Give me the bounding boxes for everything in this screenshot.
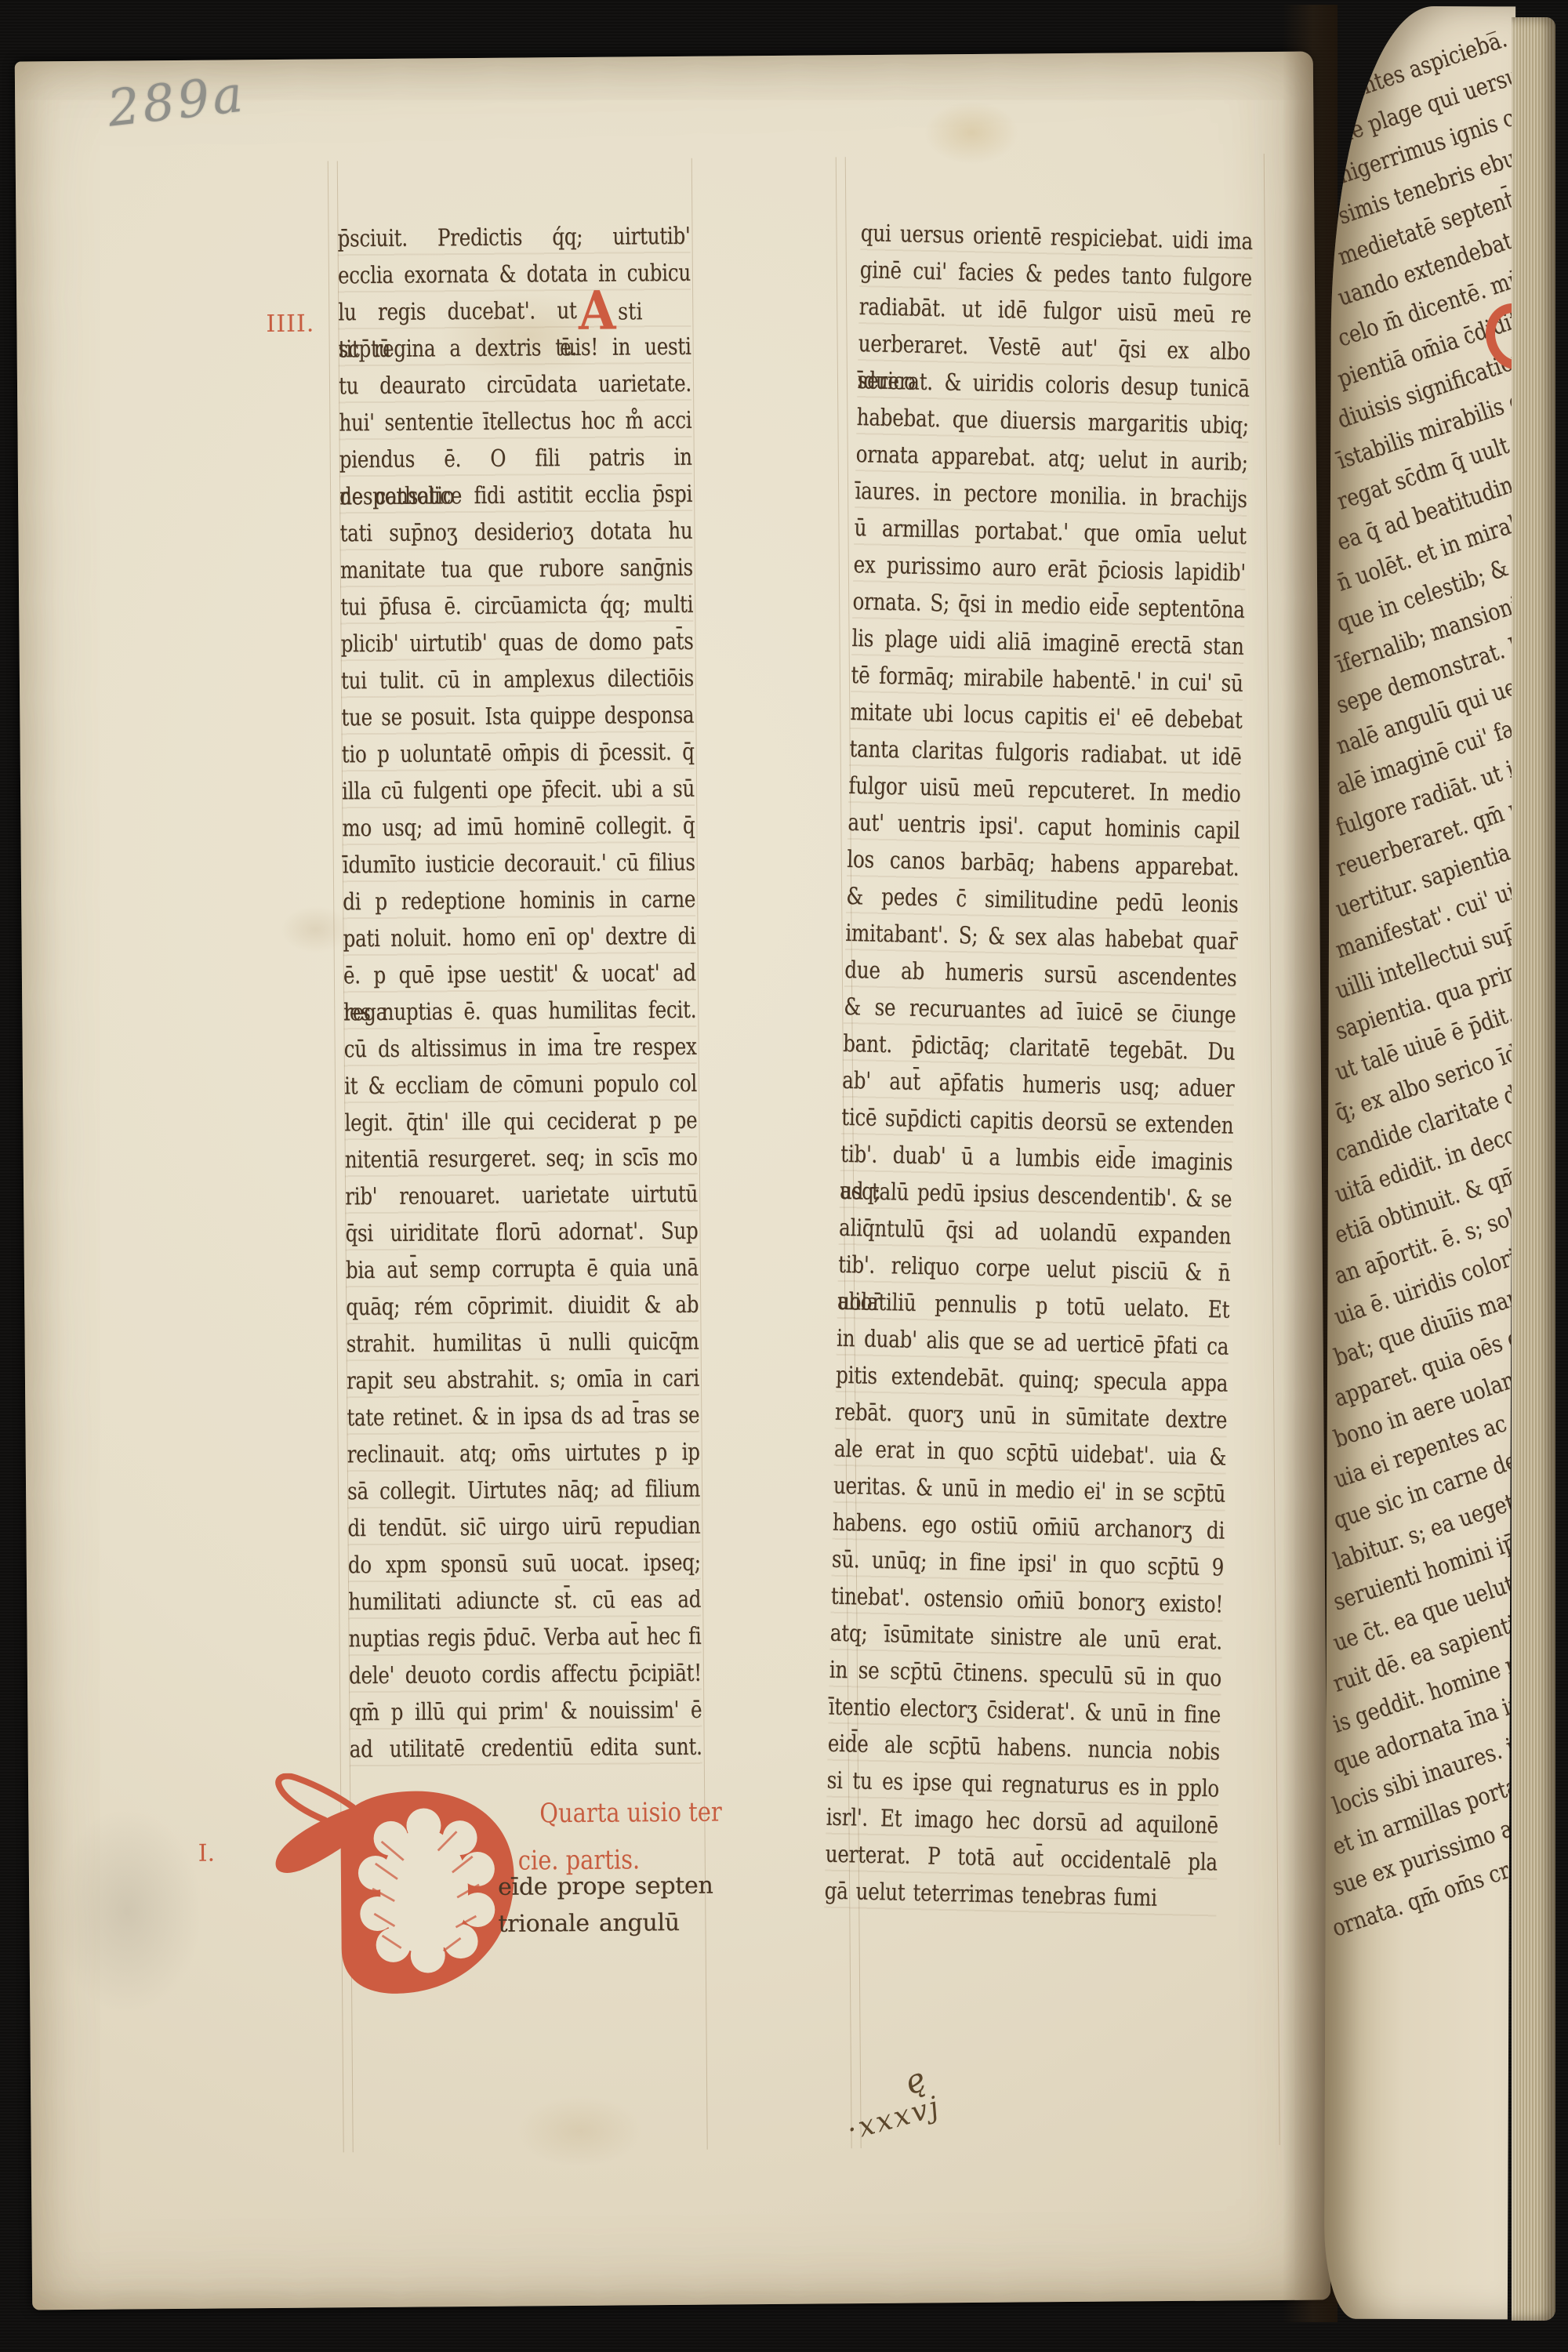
text-line: p̄sciuit. Predictis q́q; uirtutib' [337,218,690,258]
text-column-1: p̄sciuit. Predictis q́q; uirtutib'ecclia… [337,218,702,1768]
rubric-title-line-1: Quarta uisio ter [539,1797,722,1830]
text-line: illa cū fulgenti ope p̄fecit. ubi a sū [342,771,695,811]
text-line: di p redeptione hominis in carne [343,881,695,921]
text-line: ecclia exornata & dotata in cubicu [338,255,691,295]
facing-page-text: gantes aspicieba̅. s; prope angulūde pla… [1333,75,1515,1952]
margin-chapter-numeral: IIII. [266,310,314,338]
manuscript-photo: { "page": { "foliation_pencil": "289a", … [0,0,1568,2352]
parchment-stain [280,906,350,953]
text-line: ē. p quē ipse uestit' & uocat' ad rega [343,955,696,995]
text-line: di tendūt. sic̄ uirgo uirū repudian [347,1508,700,1548]
text-line: hui' sententie ītellectus hoc m̊ acci [339,402,691,442]
text-line: q̄si uiriditate florū adornat'. Sup [345,1213,698,1253]
text-line: tio p uoluntatē om̄pis di p̄cessit. q̄ [342,734,695,774]
text-line: rib' renouaret. uarietate uirtutū [345,1176,698,1216]
text-line: īdumīto iusticie decorauit.' cū filius [343,844,695,884]
text-line: trionale angulū [498,1904,757,1943]
text-line: quāq; rém cōprimit. diuidit & ab [346,1287,699,1327]
text-column-2: qui uersus orientē respiciebat. uidi ima… [824,215,1253,1918]
text-line: tue se posuit. Ista quippe desponsa [341,697,694,737]
parchment-stain [517,2095,643,2166]
red-initial-a: A [579,285,616,338]
text-line: qm̄ p illū qui prim' & nouissim' ē [349,1692,702,1732]
margin-paragraph-mark: I. [198,1840,216,1867]
text-line: nitentiā resurgeret. seq; in scīs mo [345,1139,698,1179]
text-line: do xpm sponsū suū uocat. ipseq; [348,1544,701,1584]
text-line: strahit. humilitas ū nulli quicq̄m [346,1323,699,1363]
text-line: piendus ē. O fili patris in desponsatio [339,439,692,479]
folio-number-pencil: 289a [105,65,249,138]
text-line: eīde prope septen [498,1867,757,1906]
text-line: mo usq; ad imū hominē collegit. q̄ [342,808,695,848]
ruling-line [1264,154,1280,2145]
parchment-stain [52,1809,202,2013]
manuscript-page-verso: 289a IIII. p̄sciuit. Predictis q́q; uirt… [15,52,1330,2310]
initial-followup-letters: sti [618,298,643,325]
text-line: manitate tua que rubore sanḡnis [340,550,693,590]
text-line: tit regina a dextris tuis! in uesti [338,328,691,368]
text-line: legit. q̄tin' ille qui ceciderat p pe [344,1102,697,1142]
text-line: ad utilitatē credentiū edita sunt. [350,1729,702,1769]
text-line: tui p̄fusa ē. circūamicta q́q; multi [340,586,693,626]
text-line: it & eccliam de cōmuni populo col [344,1065,697,1105]
text-line: les nuptias ē. quas humilitas fecit. [343,992,696,1032]
quire-signature: ·xxxvj [844,2090,944,2147]
text-line: rapit seu abstrahit. s; omīa in cari [347,1360,699,1400]
parchment-stain [924,100,1019,164]
text-line: tui tulit. cū in amplexus dilectiōis [341,660,694,700]
text-line: dele' deuoto cordis affectu p̄cipiāt! [349,1655,702,1695]
quire-signature-flourish: ę [898,2060,932,2103]
text-line: tu deaurato circūdata uarietate. [339,365,691,405]
book-fore-edge [1512,17,1555,2321]
text-line: tate retinet. & in ipsa ds ad t̄ras se [347,1397,699,1437]
text-line: reclinauit. atq; om̄s uirtutes p ip [347,1434,700,1474]
text-line: plicib' uirtutib' quas de domo pat̄s [340,623,693,663]
text-line: bia aut̄ semp corrupta ē quia unā [346,1250,699,1290]
text-line: tati sup̄noʒ desiderioʒ dotata hu [339,513,692,553]
text-line: ne catholice fidi astitit ecclia p̄spi [339,476,692,516]
text-line: cū ds altissimus in ima t̄re respex [343,1029,696,1069]
text-line: sā collegit. Uirtutes nāq; ad filium [347,1471,700,1511]
text-line: nuptias regis p̄duc̄. Verba aut̄ hec fi [348,1618,701,1658]
facing-page-edge: gantes aspicieba̅. s; prope angulūde pla… [1324,6,1515,2320]
text-line: pati noluit. homo enī op' dextre di [343,918,695,958]
text-after-initial: eīde prope septentrionale angulū [498,1867,757,1943]
text-line: humilitati adiuncte st̄. cū eas ad [348,1581,701,1621]
decorated-initial-d [271,1772,527,2002]
